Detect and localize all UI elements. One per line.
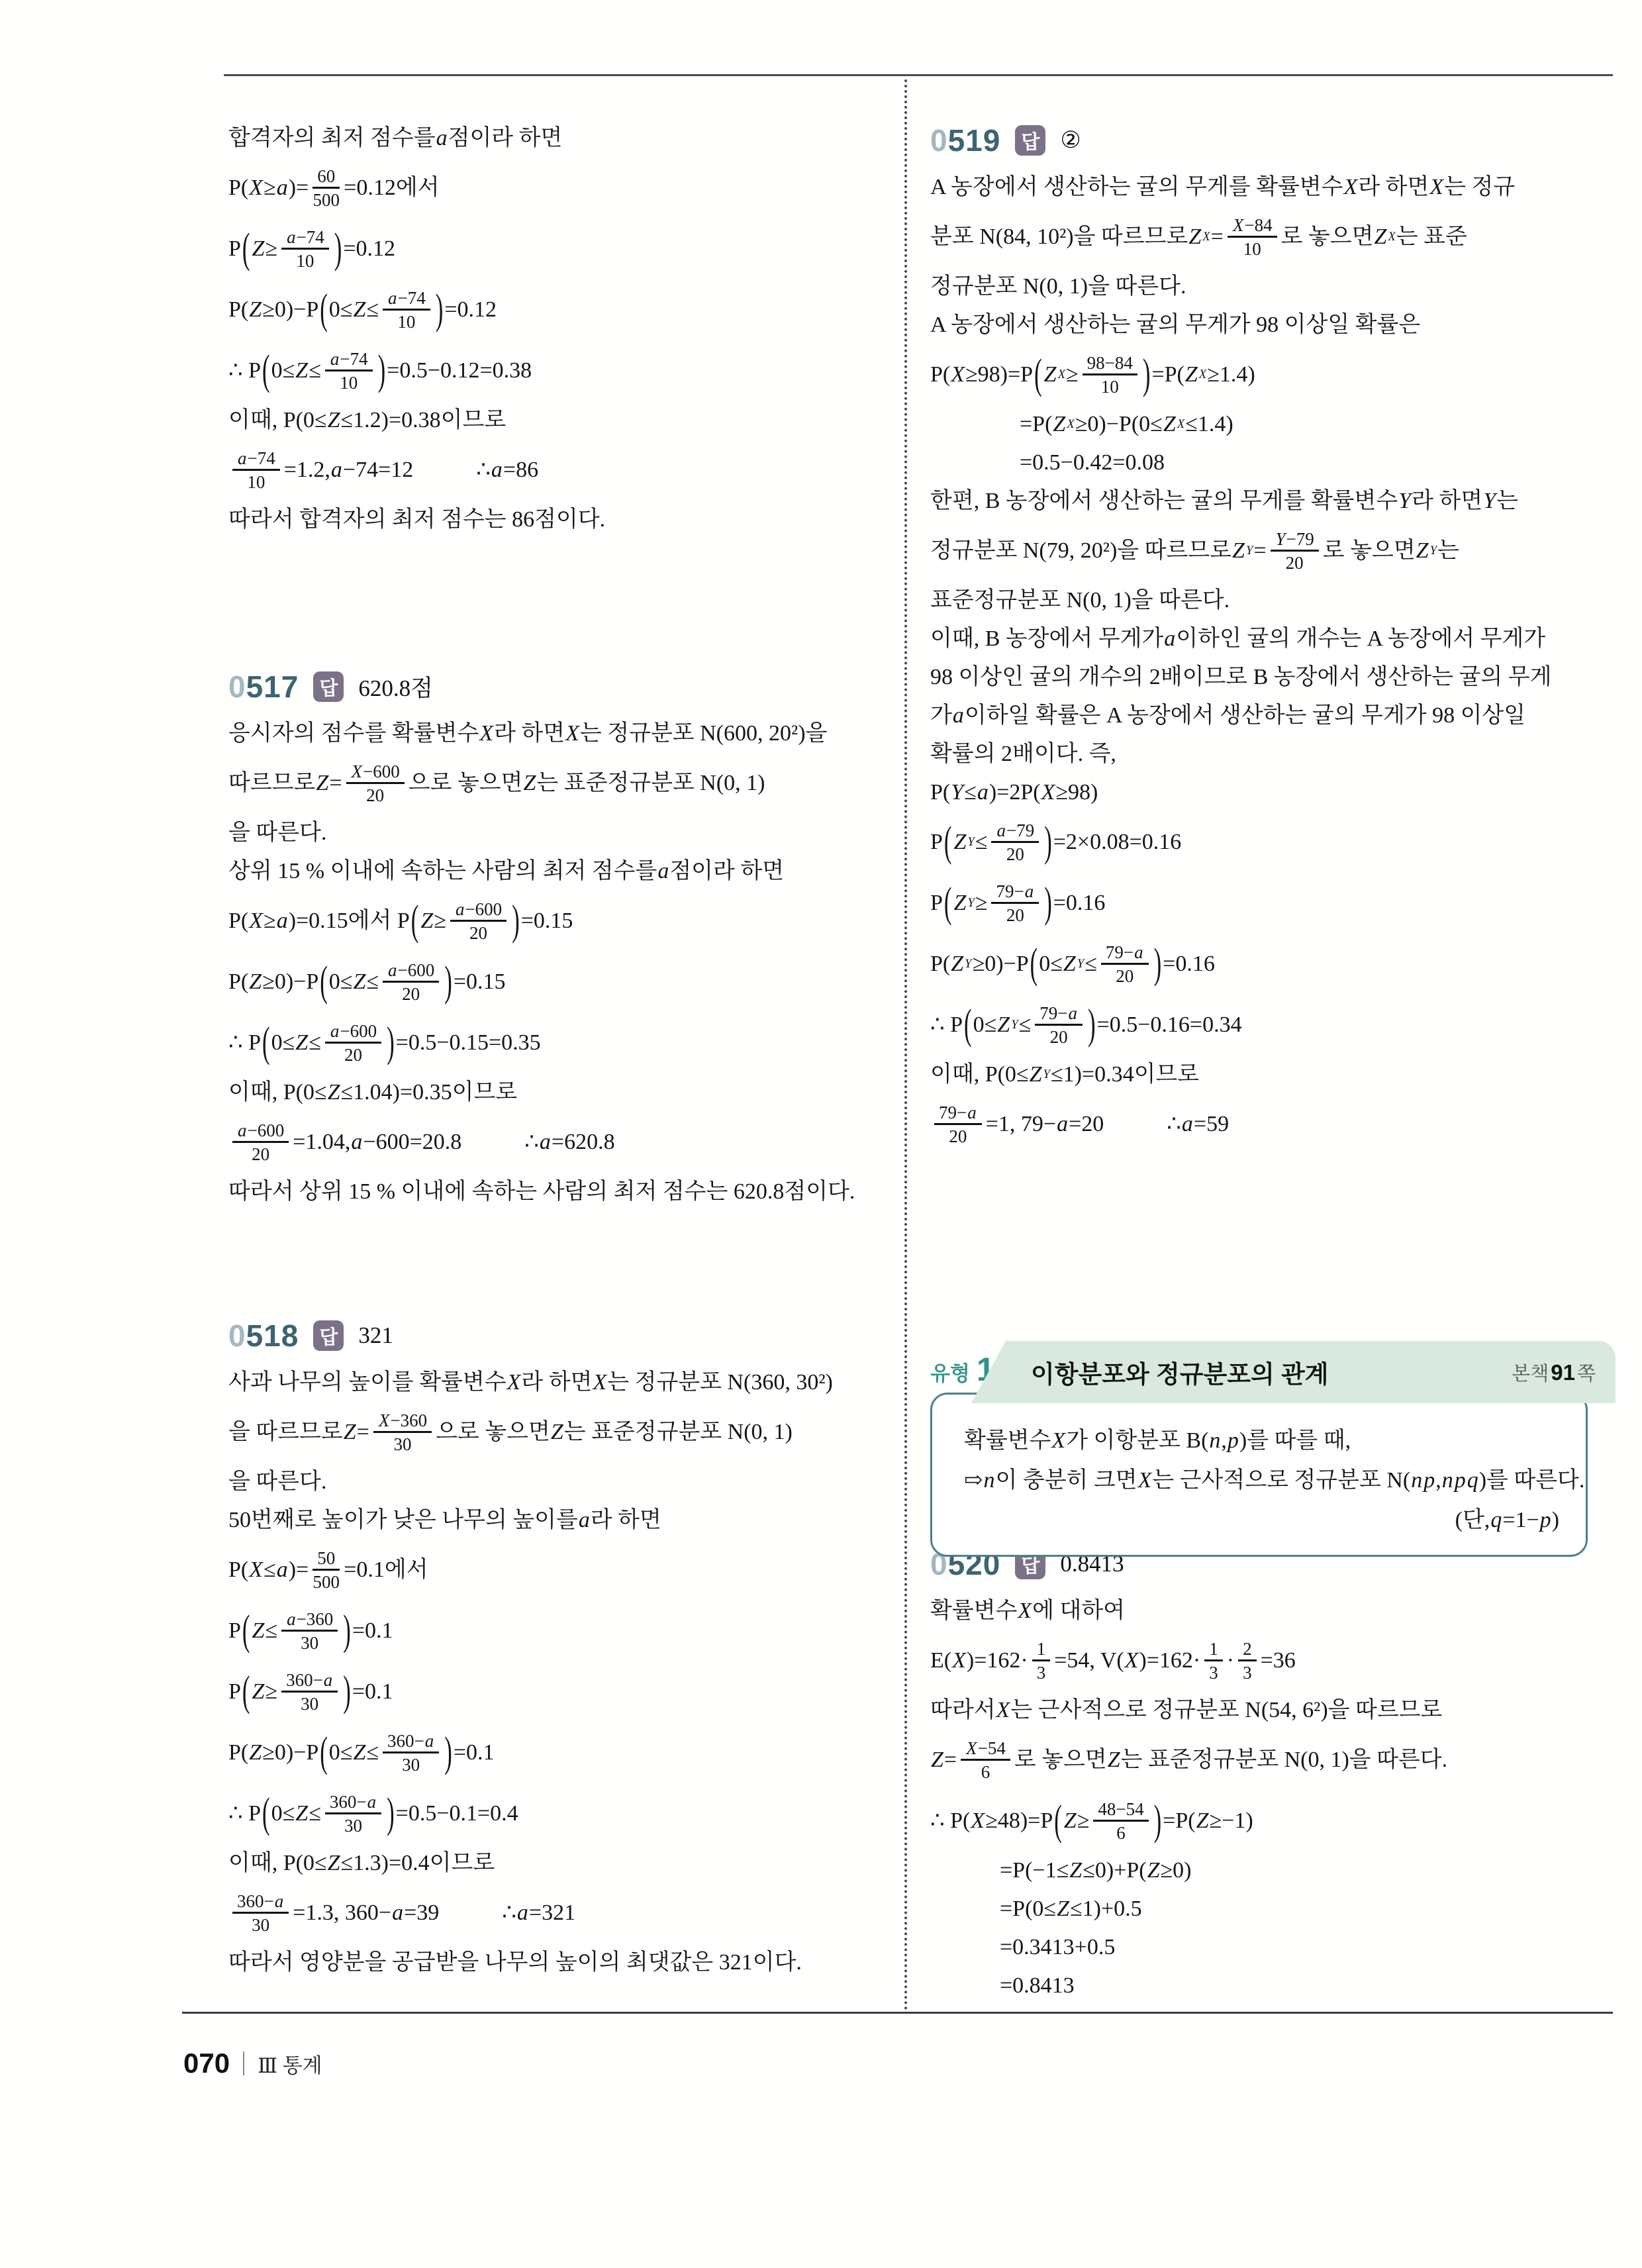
- fraction: 50500: [313, 1548, 340, 1593]
- fraction: 79−a20: [1101, 942, 1149, 987]
- math-line: 응시자의 점수를 확률변수 X라 하면 X는 정규분포 N(600, 20²)을: [228, 715, 867, 753]
- math-line: =P(−1≤Z≤0)+P(Z≥0): [930, 1851, 1616, 1890]
- problem-number: 0518: [228, 1318, 299, 1354]
- page-ref-label: 본책: [1512, 1363, 1549, 1385]
- fraction: 79−a20: [991, 881, 1039, 926]
- top-rule: [224, 74, 1613, 76]
- math-line: 98 이상인 귤의 개수의 2배이므로 B 농장에서 생산하는 귤의 무게: [930, 658, 1616, 697]
- math-line: 확률변수 X에 대하여: [930, 1592, 1616, 1630]
- math-line: P(X≥a)=0.15에서 P(Z≥a−60020)=0.15: [228, 891, 867, 952]
- fraction: 360−a30: [383, 1730, 439, 1776]
- math-line: P(Z≥360−a30)=0.1: [228, 1661, 867, 1722]
- fraction: a−60020: [450, 899, 507, 944]
- math-line: 79−a20=1, 79−a=20∴ a=59: [930, 1094, 1616, 1155]
- math-line: (단, q=1−p): [964, 1501, 1559, 1540]
- solution-block-0517: 0517답620.8점응시자의 점수를 확률변수 X라 하면 X는 정규분포 N…: [228, 666, 867, 1211]
- page-number: 070: [183, 2047, 230, 2079]
- footer-divider: [243, 2051, 244, 2075]
- fraction: 13: [1032, 1638, 1051, 1684]
- column-divider: [904, 79, 907, 2012]
- math-line: ∴ P(0≤ZY≤79−a20)=0.5−0.16=0.34: [930, 995, 1616, 1056]
- math-line: =0.5−0.42=0.08: [930, 444, 1616, 482]
- math-line: 정규분포 N(79, 20²)을 따르므로 ZY=Y−7920로 놓으면 ZY는: [930, 520, 1616, 581]
- math-line: 한편, B 농장에서 생산하는 귤의 무게를 확률변수 Y라 하면 Y는: [930, 482, 1616, 520]
- page-ref-suffix: 쪽: [1577, 1363, 1596, 1385]
- math-line: 분포 N(84, 10²)을 따르므로 ZX=X−8410로 놓으면 ZX는 표…: [930, 207, 1616, 268]
- math-line: 상위 15 % 이내에 속하는 사람의 최저 점수를 a점이라 하면: [228, 852, 867, 891]
- solution-block-0518: 0518답321사과 나무의 높이를 확률변수 X라 하면 X는 정규분포 N(…: [228, 1314, 867, 1982]
- fraction: X−60020: [346, 761, 405, 807]
- fraction: a−7410: [383, 287, 430, 333]
- type-tag-label: 유형: [930, 1357, 970, 1387]
- answer-badge: 답: [313, 1320, 344, 1351]
- math-line: P(Z≥a−7410)=0.12: [228, 219, 867, 279]
- math-line: a−7410=1.2, a−74=12∴ a=86: [228, 440, 867, 501]
- math-line: 이때, P(0≤Z≤1.2)=0.38이므로: [228, 401, 867, 440]
- formula-box: 확률변수 X가 이항분포 B(n, p)를 따를 때,⇨ n이 충분히 크면 X…: [930, 1393, 1588, 1557]
- math-line: 따라서 X는 근사적으로 정규분포 N(54, 6²)을 따르므로: [930, 1691, 1616, 1730]
- fraction: 98−8410: [1083, 352, 1137, 398]
- answer-value: 620.8점: [358, 670, 433, 703]
- fraction: 48−546: [1093, 1799, 1148, 1844]
- math-line: 확률의 2배이다. 즉,: [930, 735, 1616, 773]
- fraction: 79−a20: [934, 1102, 982, 1148]
- math-line: 360−a30=1.3, 360−a=39∴ a=321: [228, 1883, 867, 1944]
- math-line: 이때, P(0≤ZY≤1)=0.34이므로: [930, 1056, 1616, 1094]
- answer-badge: 답: [1015, 125, 1045, 156]
- textbook-page: 합격자의 최저 점수를 a점이라 하면P(X≥a)=60500=0.12에서P(…: [0, 0, 1642, 2268]
- math-line: P(ZY≤a−7920)=2×0.08=0.16: [930, 812, 1616, 873]
- fraction: a−60020: [232, 1120, 289, 1165]
- fraction: a−60020: [325, 1020, 381, 1066]
- math-line: 이때, B 농장에서 무게가 a 이하인 귤의 개수는 A 농장에서 무게가: [930, 620, 1616, 658]
- math-line: 50번째로 높이가 낮은 나무의 높이를 a라 하면: [228, 1501, 867, 1540]
- math-line: =0.8413: [930, 1967, 1616, 2005]
- math-line: 표준정규분포 N(0, 1)을 따른다.: [930, 581, 1616, 620]
- math-line: P(Z≥0)−P(0≤Z≤a−60020)=0.15: [228, 952, 867, 1012]
- fraction: a−7410: [232, 448, 280, 493]
- math-line: a−60020=1.04, a−600=20.8∴ a=620.8: [228, 1112, 867, 1173]
- math-line: P(ZY≥79−a20)=0.16: [930, 873, 1616, 934]
- type-title: 이항분포와 정규분포의 관계: [1031, 1354, 1328, 1390]
- math-line: =0.3413+0.5: [930, 1928, 1616, 1967]
- math-line: ∴ P(0≤Z≤a−60020)=0.5−0.15=0.35: [228, 1012, 867, 1073]
- fraction: 23: [1238, 1638, 1257, 1684]
- fraction: 360−a30: [281, 1669, 338, 1715]
- math-line: ⇨ n이 충분히 크면 X는 근사적으로 정규분포 N(np, npq)를 따른…: [964, 1461, 1559, 1501]
- answer-value: 321: [358, 1322, 393, 1349]
- fraction: X−36030: [373, 1410, 432, 1455]
- fraction: 79−a20: [1035, 1003, 1083, 1048]
- math-line: P(Y≤a)=2P(X≥98): [930, 773, 1616, 812]
- fraction: a−36030: [281, 1608, 338, 1654]
- page-ref-number: 91: [1551, 1360, 1575, 1385]
- math-line: ∴ P(X≥48)=P(Z≥48−546)=P(Z≥−1): [930, 1791, 1616, 1851]
- fraction: X−8410: [1228, 215, 1277, 260]
- math-line: A 농장에서 생산하는 귤의 무게를 확률변수 X라 하면 X는 정규: [930, 168, 1616, 207]
- math-line: 을 따른다.: [228, 1463, 867, 1501]
- math-line: P(X≤a)=50500=0.1에서: [228, 1540, 867, 1601]
- answer-badge: 답: [313, 671, 344, 702]
- math-line: 이때, P(0≤Z≤1.04)=0.35이므로: [228, 1073, 867, 1112]
- math-line: 따르므로 Z=X−60020으로 놓으면 Z는 표준정규분포 N(0, 1): [228, 753, 867, 814]
- math-line: 합격자의 최저 점수를 a점이라 하면: [228, 119, 867, 158]
- fraction: a−7920: [991, 820, 1039, 865]
- math-line: Z=X−546로 놓으면 Z는 표준정규분포 N(0, 1)을 따른다.: [930, 1730, 1616, 1791]
- solution-block: 합격자의 최저 점수를 a점이라 하면P(X≥a)=60500=0.12에서P(…: [228, 119, 867, 539]
- fraction: a−60020: [383, 960, 439, 1005]
- fraction: a−7410: [281, 226, 329, 272]
- math-line: A 농장에서 생산하는 귤의 무게가 98 이상일 확률은: [930, 306, 1616, 344]
- page-ref: 본책91쪽: [1512, 1359, 1596, 1386]
- math-line: 이때, P(0≤Z≤1.3)=0.4이므로: [228, 1844, 867, 1883]
- answer-value: ②: [1060, 127, 1081, 154]
- problem-header: 0517답620.8점: [228, 666, 867, 708]
- fraction: Y−7920: [1271, 528, 1319, 574]
- math-line: 확률변수 X가 이항분포 B(n, p)를 따를 때,: [964, 1421, 1559, 1461]
- fraction: 360−a30: [325, 1791, 381, 1837]
- math-line: 사과 나무의 높이를 확률변수 X라 하면 X는 정규분포 N(360, 30²…: [228, 1363, 867, 1402]
- math-line: ∴ P(0≤Z≤360−a30)=0.5−0.1=0.4: [228, 1783, 867, 1844]
- math-line: 따라서 합격자의 최저 점수는 86점이다.: [228, 501, 867, 539]
- math-line: 정규분포 N(0, 1)을 따른다.: [930, 268, 1616, 306]
- problem-header: 0519답②: [930, 119, 1616, 162]
- solution-block-0519: 0519답②A 농장에서 생산하는 귤의 무게를 확률변수 X라 하면 X는 정…: [930, 119, 1616, 1155]
- math-line: 가 a 이하일 확률은 A 농장에서 생산하는 귤의 무게가 98 이상일: [930, 697, 1616, 735]
- math-line: P(X≥98)=P(ZX≥98−8410)=P(ZX≥1.4): [930, 344, 1616, 405]
- math-line: =P(ZX≥0)−P(0≤ZX≤1.4): [930, 405, 1616, 444]
- math-line: 을 따르므로 Z=X−36030으로 놓으면 Z는 표준정규분포 N(0, 1): [228, 1402, 867, 1463]
- type-banner-row: 유형 12 이항분포와 정규분포의 관계 본책91쪽: [930, 1341, 1616, 1403]
- problem-header: 0518답321: [228, 1314, 867, 1357]
- math-line: 따라서 상위 15 % 이내에 속하는 사람의 최저 점수는 620.8점이다.: [228, 1173, 867, 1211]
- math-line: P(Z≤a−36030)=0.1: [228, 1601, 867, 1661]
- fraction: X−546: [961, 1738, 1010, 1783]
- math-line: E(X)=162·13=54, V(X)=162·13·23=36: [930, 1630, 1616, 1691]
- fraction: 360−a30: [232, 1891, 289, 1936]
- solution-block-0520: 0520답0.8413확률변수 X에 대하여E(X)=162·13=54, V(…: [930, 1543, 1616, 2005]
- math-line: ∴ P(0≤Z≤a−7410)=0.5−0.12=0.38: [228, 340, 867, 401]
- math-line: P(ZY≥0)−P(0≤ZY≤79−a20)=0.16: [930, 934, 1616, 995]
- math-line: P(Z≥0)−P(0≤Z≤a−7410)=0.12: [228, 279, 867, 340]
- problem-number: 0517: [228, 669, 299, 705]
- math-line: P(X≥a)=60500=0.12에서: [228, 158, 867, 219]
- math-line: =P(0≤Z≤1)+0.5: [930, 1890, 1616, 1928]
- type-banner: 이항분포와 정규분포의 관계 본책91쪽: [971, 1341, 1616, 1403]
- fraction: a−7410: [325, 348, 373, 394]
- fraction: 60500: [313, 166, 340, 211]
- page-footer: 070 Ⅲ 통계: [183, 2047, 322, 2079]
- math-line: P(Z≥0)−P(0≤Z≤360−a30)=0.1: [228, 1722, 867, 1783]
- fraction: 13: [1204, 1638, 1223, 1684]
- bottom-rule: [182, 2012, 1613, 2014]
- math-line: 을 따른다.: [228, 814, 867, 852]
- problem-number: 0519: [930, 123, 1000, 158]
- type-12-box: 유형 12 이항분포와 정규분포의 관계 본책91쪽 확률변수 X가 이항분포 …: [930, 1341, 1616, 1557]
- section-title: Ⅲ 통계: [258, 2049, 322, 2079]
- math-line: 따라서 영양분을 공급받을 나무의 높이의 최댓값은 321이다.: [228, 1944, 867, 1982]
